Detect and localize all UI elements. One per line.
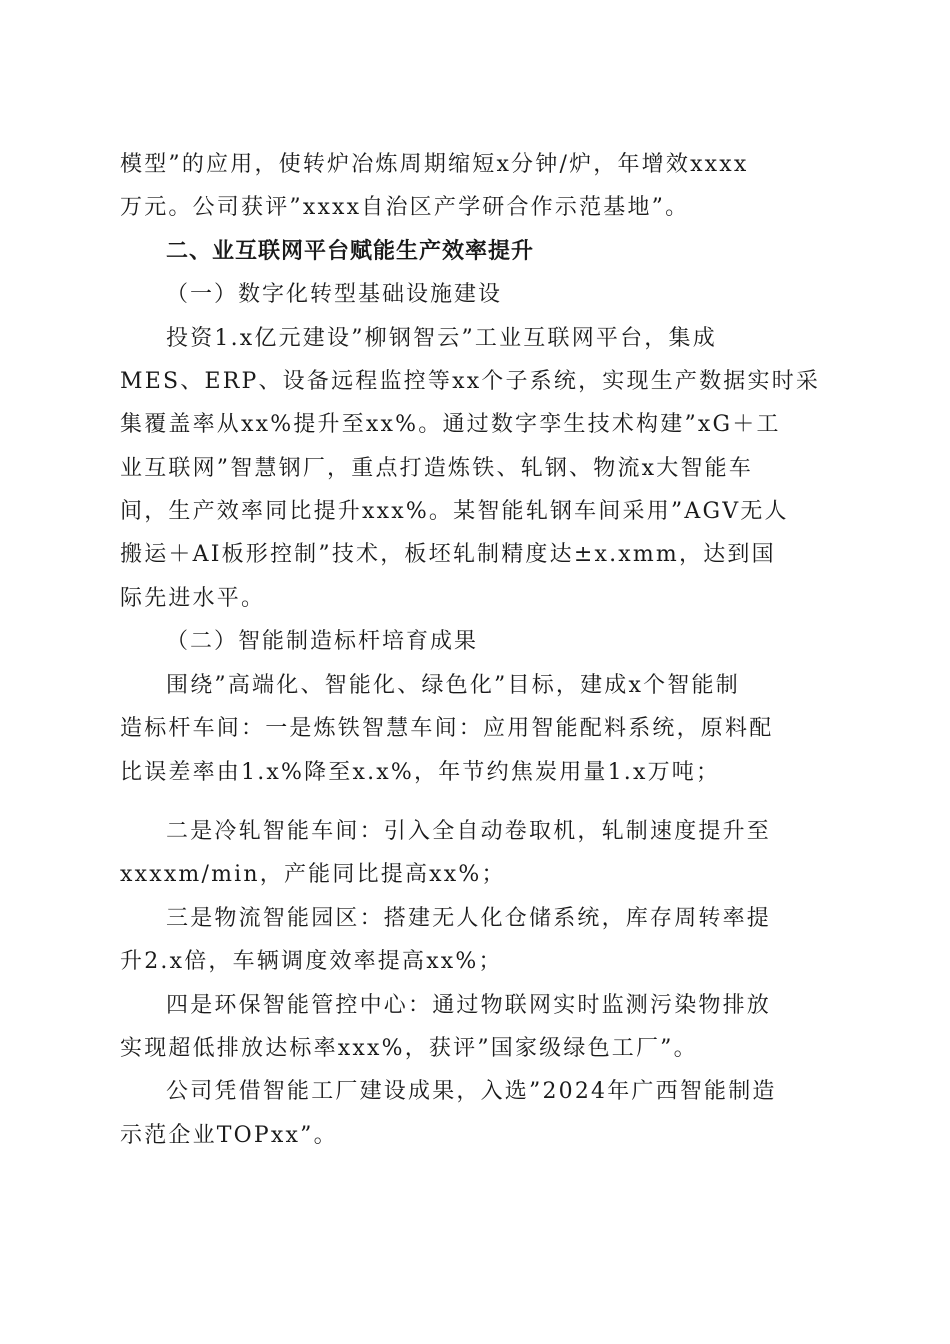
paragraph-line: 比误差率由1.x%降至x.x%，年节约焦炭用量1.x万吨；: [120, 758, 832, 788]
paragraph-line: 投资1.x亿元建设”柳钢智云”工业互联网平台，集成: [166, 324, 832, 354]
paragraph-line: 三是物流智能园区：搭建无人化仓储系统，库存周转率提: [166, 904, 832, 934]
paragraph-line: 集覆盖率从xx%提升至xx%。通过数字孪生技术构建”xG＋工: [120, 410, 832, 440]
paragraph-line: 公司凭借智能工厂建设成果，入选”2024年广西智能制造: [166, 1077, 832, 1107]
paragraph-line: 升2.x倍，车辆调度效率提高xx%；: [120, 947, 832, 977]
paragraph-line: 模型”的应用，使转炉冶炼周期缩短x分钟/炉，年增效xxxx: [120, 150, 832, 180]
paragraph-line: 围绕”高端化、智能化、绿色化”目标，建成x个智能制: [166, 671, 832, 701]
paragraph-line: 四是环保智能管控中心：通过物联网实时监测污染物排放: [166, 991, 832, 1021]
paragraph-line: 万元。公司获评”xxxx自治区产学研合作示范基地”。: [120, 193, 832, 223]
paragraph-line: 二是冷轧智能车间：引入全自动卷取机，轧制速度提升至: [166, 817, 832, 847]
subsection-heading: （二）智能制造标杆培育成果: [166, 627, 878, 657]
paragraph-line: 造标杆车间：一是炼铁智慧车间：应用智能配料系统，原料配: [120, 714, 832, 744]
document-page: 模型”的应用，使转炉冶炼周期缩短x分钟/炉，年增效xxxx 万元。公司获评”xx…: [0, 0, 950, 1344]
paragraph-line: 实现超低排放达标率xxx%，获评”国家级绿色工厂”。: [120, 1034, 832, 1064]
section-heading: 二、业互联网平台赋能生产效率提升: [166, 237, 878, 267]
paragraph-line: 际先进水平。: [120, 584, 832, 614]
paragraph-line: 搬运＋AI板形控制”技术，板坯轧制精度达±x.xmm，达到国: [120, 540, 832, 570]
paragraph-line: 业互联网”智慧钢厂，重点打造炼铁、轧钢、物流x大智能车: [120, 454, 832, 484]
paragraph-line: 间，生产效率同比提升xxx%。某智能轧钢车间采用”AGV无人: [120, 497, 832, 527]
subsection-heading: （一）数字化转型基础设施建设: [166, 280, 878, 310]
paragraph-line: MES、ERP、设备远程监控等xx个子系统，实现生产数据实时采: [120, 367, 832, 397]
paragraph-line: xxxxm/min，产能同比提高xx%；: [120, 860, 832, 890]
paragraph-line: 示范企业TOPxx”。: [120, 1121, 832, 1151]
